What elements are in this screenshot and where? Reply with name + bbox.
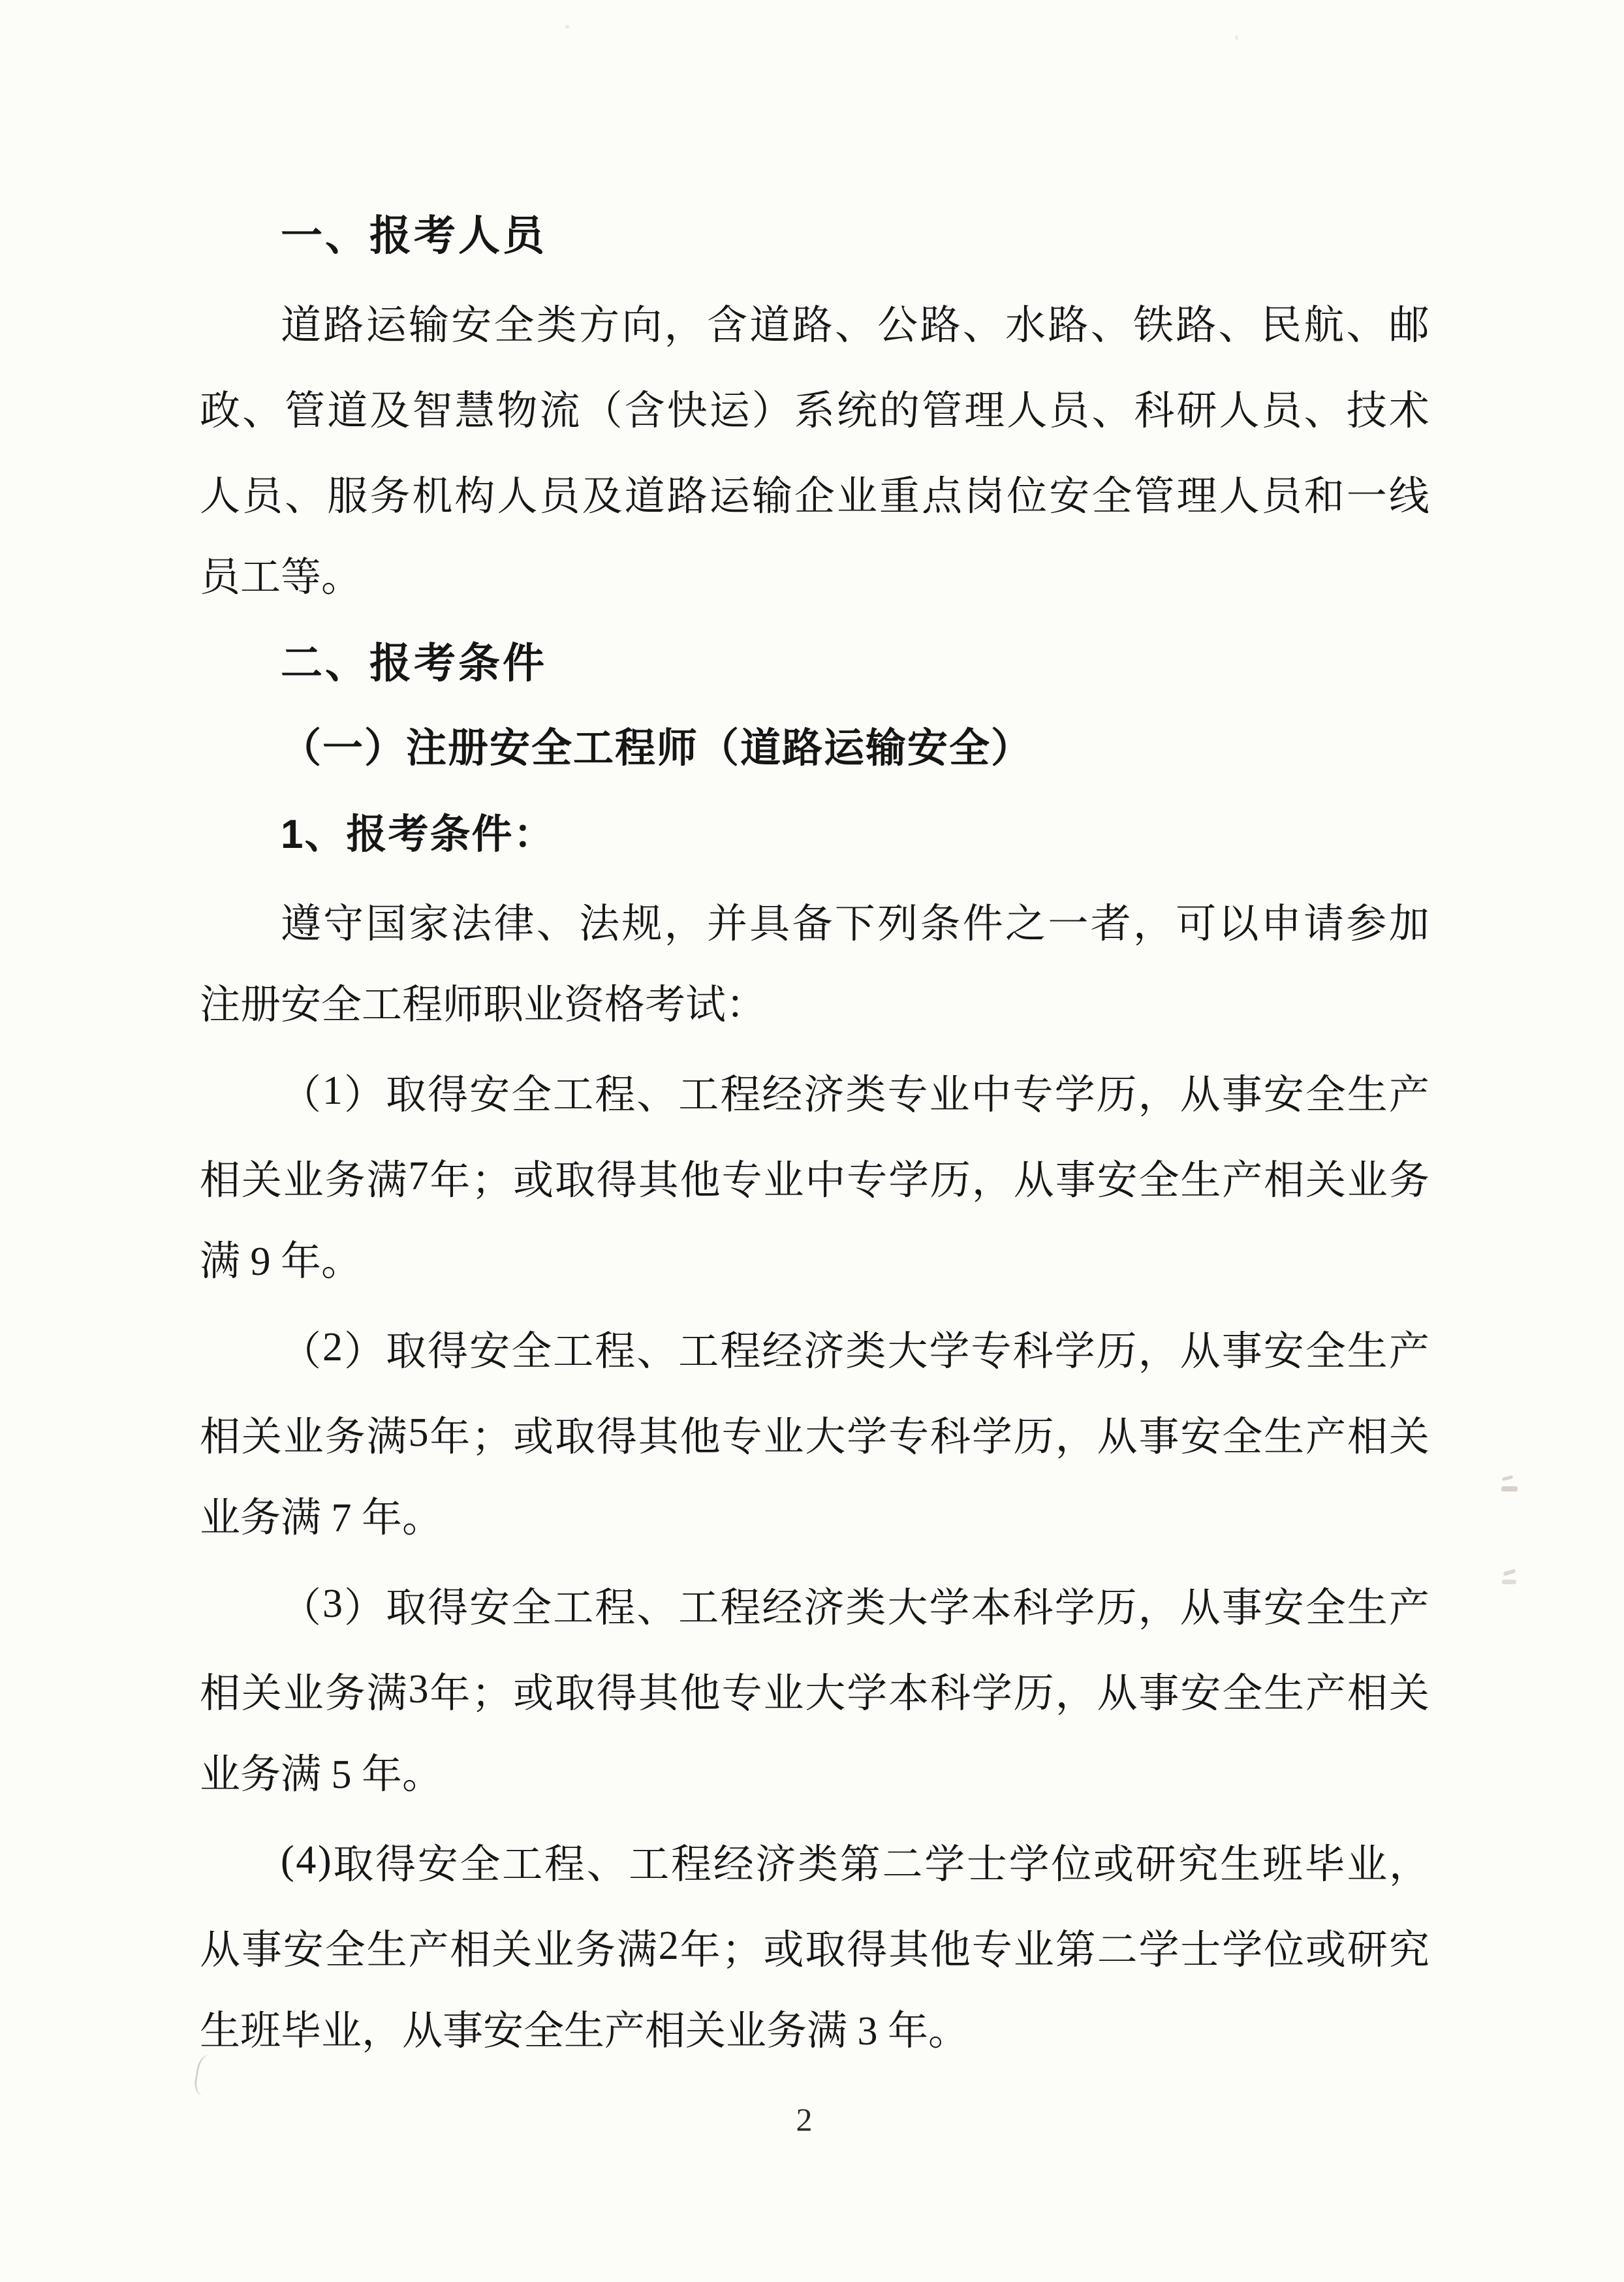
condition-2-line: 业务满 7 年。: [200, 1476, 1429, 1561]
scan-artifact: [1502, 1580, 1516, 1584]
intro-line: 遵守国家法律、法规，并具备下列条件之一者，可以申请参加: [200, 877, 1429, 963]
subheading-exam-conditions: 1、报考条件：: [200, 792, 1429, 877]
condition-2-line: （2）取得安全工程、工程经济类大学专科学历，从事安全生产: [200, 1305, 1429, 1390]
subheading-registered-safety-engineer: （一）注册安全工程师（道路运输安全）: [200, 706, 1429, 792]
scan-artifact: [1235, 35, 1238, 40]
heading-report-personnel: 一、报考人员: [200, 193, 1429, 279]
condition-1-line: 相关业务满7年；或取得其他专业中专学历，从事安全生产相关业务: [200, 1134, 1429, 1219]
paragraph-line: 人员、服务机构人员及道路运输企业重点岗位安全管理人员和一线: [200, 450, 1429, 535]
intro-line: 注册安全工程师职业资格考试：: [200, 963, 1429, 1048]
paragraph-line: 政、管道及智慧物流（含快运）系统的管理人员、科研人员、技术: [200, 364, 1429, 450]
condition-3-line: （3）取得安全工程、工程经济类大学本科学历，从事安全生产: [200, 1561, 1429, 1647]
heading-report-conditions: 二、报考条件: [200, 621, 1429, 706]
page-number: 2: [0, 2101, 1608, 2138]
condition-1-line: （1）取得安全工程、工程经济类专业中专学历，从事安全生产: [200, 1048, 1429, 1134]
condition-2-line: 相关业务满5年；或取得其他专业大学专科学历，从事安全生产相关: [200, 1390, 1429, 1476]
scan-artifact: [1501, 1486, 1518, 1492]
document-body: 一、报考人员 道路运输安全类方向，含道路、公路、水路、铁路、民航、邮 政、管道及…: [0, 0, 1624, 2074]
condition-1-line: 满 9 年。: [200, 1219, 1429, 1305]
scanned-document-page: 一、报考人员 道路运输安全类方向，含道路、公路、水路、铁路、民航、邮 政、管道及…: [0, 0, 1624, 2282]
scan-artifact: [565, 25, 569, 29]
paragraph-line: 道路运输安全类方向，含道路、公路、水路、铁路、民航、邮: [200, 279, 1429, 364]
condition-3-line: 业务满 5 年。: [200, 1732, 1429, 1818]
paragraph-line: 员工等。: [200, 535, 1429, 621]
condition-3-line: 相关业务满3年；或取得其他专业大学本科学历，从事安全生产相关: [200, 1647, 1429, 1732]
condition-4-line: (4)取得安全工程、工程经济类第二学士学位或研究生班毕业，: [200, 1818, 1429, 1903]
condition-4-line: 生班毕业，从事安全生产相关业务满 3 年。: [200, 1989, 1429, 2074]
condition-4-line: 从事安全生产相关业务满2年；或取得其他专业第二学士学位或研究: [200, 1903, 1429, 1989]
